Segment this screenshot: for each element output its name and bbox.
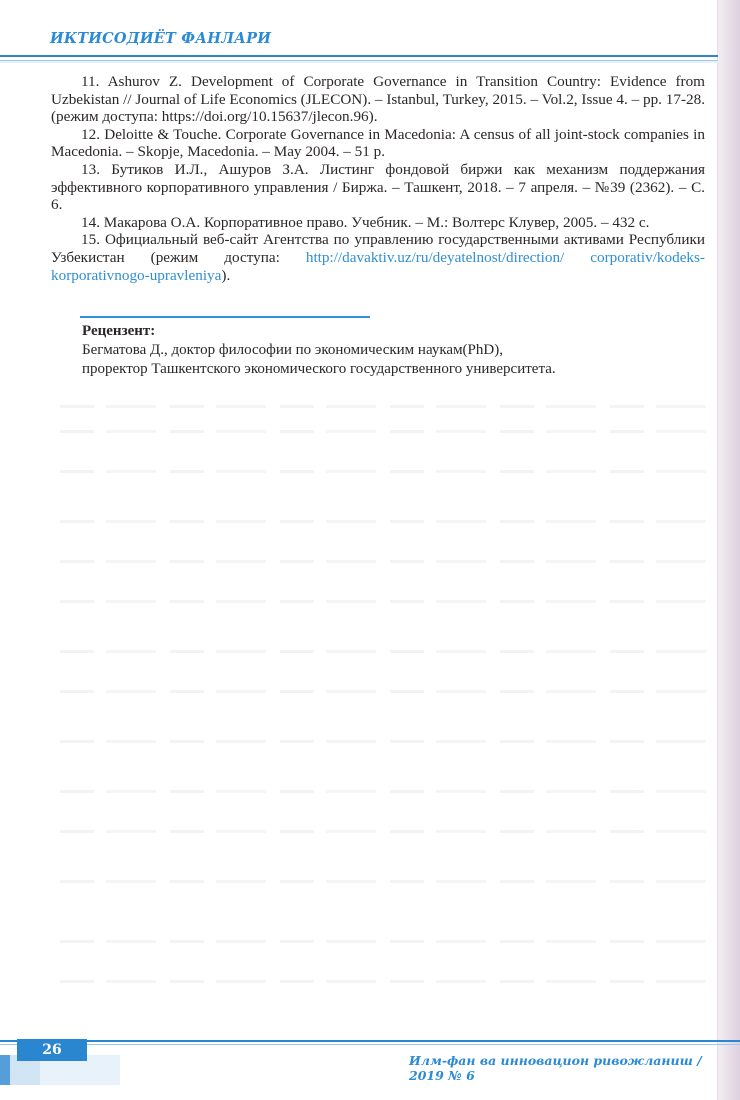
- bleed-through: [60, 940, 710, 943]
- bleed-through: [60, 690, 710, 693]
- journal-title: Илм-фан ва инновацион ривожланиш / 2019 …: [409, 1053, 740, 1083]
- page-number: 26: [17, 1039, 87, 1061]
- reference-item: 15. Официальный веб-сайт Агентства по уп…: [51, 231, 705, 284]
- reference-item: 14. Макарова О.А. Корпоративное право. У…: [51, 214, 705, 232]
- bleed-through: [60, 740, 710, 743]
- reviewer-block: Рецензент: Бегматова Д., доктор философи…: [82, 322, 682, 379]
- page-edge-shadow: [718, 0, 740, 1100]
- reviewer-divider: [80, 316, 370, 318]
- reviewer-label: Рецензент:: [82, 322, 682, 341]
- reference-item: 11. Ashurov Z. Development of Corporate …: [51, 73, 705, 126]
- bleed-through: [60, 880, 710, 883]
- bleed-through: [60, 790, 710, 793]
- reference-item: 13. Бутиков И.Л., Ашуров З.А. Листинг фо…: [51, 161, 705, 214]
- bleed-through: [60, 650, 710, 653]
- bleed-through: [60, 520, 710, 523]
- bleed-through: [60, 430, 710, 433]
- bleed-through: [60, 830, 710, 833]
- references-list: 11. Ashurov Z. Development of Corporate …: [51, 73, 705, 284]
- bleed-through: [60, 405, 710, 408]
- bleed-through: [60, 980, 710, 983]
- header-rule-shadow: [0, 61, 718, 63]
- section-title: ИКТИСОДИЁТ ФАНЛАРИ: [50, 30, 271, 47]
- footer-rule: [0, 1040, 740, 1045]
- reviewer-position: проректор Ташкентского экономического го…: [82, 360, 682, 379]
- page-edge-line: [717, 0, 718, 1100]
- reviewer-name: Бегматова Д., доктор философии по эконом…: [82, 341, 682, 360]
- bleed-through: [60, 470, 710, 473]
- reference-item: 12. Deloitte & Touche. Corporate Governa…: [51, 126, 705, 161]
- bleed-through: [60, 600, 710, 603]
- reference-text: ).: [221, 267, 230, 284]
- bleed-through: [60, 560, 710, 563]
